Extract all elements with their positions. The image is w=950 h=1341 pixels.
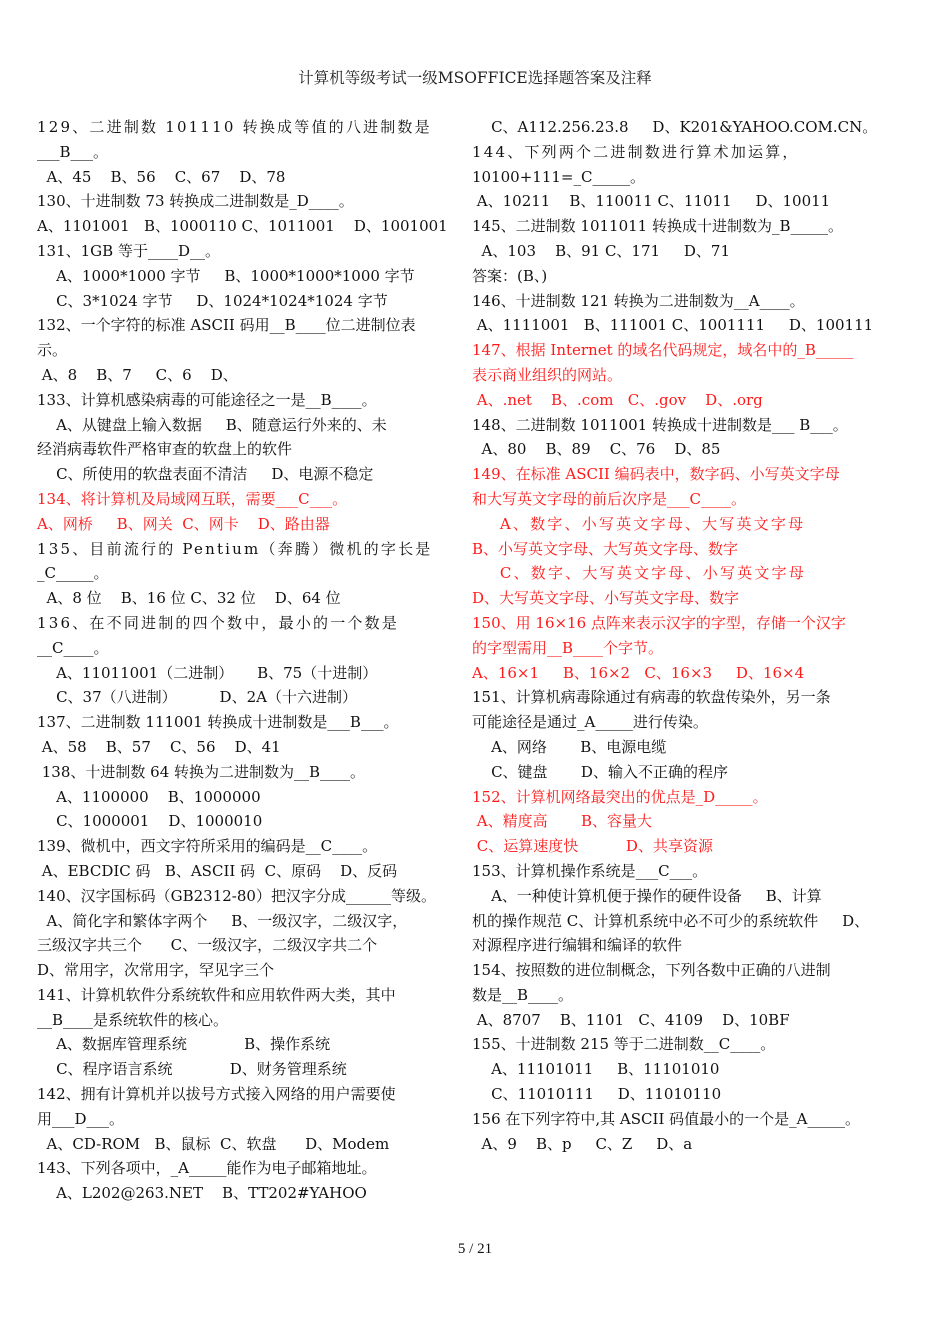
text-line: 153、计算机操作系统是___C___。 [472, 859, 902, 884]
text-line: A、1000*1000 字节 B、1000*1000*1000 字节 [37, 264, 447, 289]
text-line: A、EBCDIC 码 B、ASCII 码 C、原码 D、反码 [37, 859, 447, 884]
text-line: C、运算速度快 D、共享资源 [472, 834, 902, 859]
text-line: 138、十进制数 64 转换为二进制数为__B____。 [37, 760, 447, 785]
text-line: 155、十进制数 215 等于二进制数__C____。 [472, 1032, 902, 1057]
text-line: 154、按照数的进位制概念，下列各数中正确的八进制 [472, 958, 902, 983]
text-line: A、10211 B、110011 C、11011 D、10011 [472, 189, 902, 214]
text-line: ___B___。 [37, 140, 447, 165]
text-line: C、37（八进制） D、2A（十六进制） [37, 685, 447, 710]
text-line: 132、一个字符的标准 ASCII 码用__B____位二进制位表 [37, 313, 447, 338]
text-line: 131、1GB 等于____D__。 [37, 239, 447, 264]
text-line: A、103 B、91 C、171 D、71 [472, 239, 902, 264]
text-line: 136、在不同进制的四个数中，最小的一个数是 [37, 611, 447, 636]
text-line: 145、二进制数 1011011 转换成十进制数为_B_____。 [472, 214, 902, 239]
text-line: C、A112.256.23.8 D、K201&YAHOO.COM.CN。 [472, 115, 902, 140]
text-line: A、1100000 B、1000000 [37, 785, 447, 810]
text-line: __B____是系统软件的核心。 [37, 1008, 447, 1033]
text-line: 134、将计算机及局域网互联，需要___C___。 [37, 487, 447, 512]
text-line: 143、下列各项中，_A_____能作为电子邮箱地址。 [37, 1156, 447, 1181]
text-line: 可能途径是通过_A_____进行传染。 [472, 710, 902, 735]
text-line: 的字型需用__B____个字节。 [472, 636, 902, 661]
text-line: 用___D___。 [37, 1107, 447, 1132]
text-line: A、精度高 B、容量大 [472, 809, 902, 834]
text-line: 130、十进制数 73 转换成二进制数是_D____。 [37, 189, 447, 214]
text-line: A、数据库管理系统 B、操作系统 [37, 1032, 447, 1057]
text-line: C、所使用的软盘表面不清洁 D、电源不稳定 [37, 462, 447, 487]
text-line: 140、汉字国标码（GB2312-80）把汉字分成______等级。 [37, 884, 447, 909]
text-line: C、数字、大写英文字母、小写英文字母 [472, 561, 902, 586]
text-line: C、11010111 D、11010110 [472, 1082, 902, 1107]
text-line: A、11011001（二进制） B、75（十进制） [37, 661, 447, 686]
text-line: 答案：(B、) [472, 264, 902, 289]
text-line: A、9 B、p C、Z D、a [472, 1132, 902, 1157]
text-line: C、1000001 D、1000010 [37, 809, 447, 834]
text-line: A、简化字和繁体字两个 B、一级汉字，二级汉字， [37, 909, 447, 934]
text-line: A、.net B、.com C、.gov D、.org [472, 388, 902, 413]
text-line: A、16×1 B、16×2 C、16×3 D、16×4 [472, 661, 902, 686]
text-line: 机的操作规范 C、计算机系统中必不可少的系统软件 D、 [472, 909, 902, 934]
text-line: A、从键盘上输入数据 B、随意运行外来的、未 [37, 413, 447, 438]
text-line: 135、目前流行的 Pentium（奔腾）微机的字长是 [37, 537, 447, 562]
text-line: 148、二进制数 1011001 转换成十进制数是___ B___。 [472, 413, 902, 438]
text-line: __C____。 [37, 636, 447, 661]
text-line: A、8 位 B、16 位 C、32 位 D、64 位 [37, 586, 447, 611]
text-line: A、11101011 B、11101010 [472, 1057, 902, 1082]
text-line: A、网络 B、电源电缆 [472, 735, 902, 760]
text-line: A、45 B、56 C、67 D、78 [37, 165, 447, 190]
text-line: C、键盘 D、输入不正确的程序 [472, 760, 902, 785]
text-line: _C_____。 [37, 561, 447, 586]
text-line: C、程序语言系统 D、财务管理系统 [37, 1057, 447, 1082]
text-line: A、1101001 B、1000110 C、1011001 D、1001001 [37, 214, 447, 239]
text-line: D、常用字，次常用字，罕见字三个 [37, 958, 447, 983]
right-column: C、A112.256.23.8 D、K201&YAHOO.COM.CN。144、… [472, 115, 902, 1156]
text-line: A、数字、小写英文字母、大写英文字母 [472, 512, 902, 537]
text-line: 141、计算机软件分系统软件和应用软件两大类，其中 [37, 983, 447, 1008]
text-line: A、L202@263.NET B、TT202#YAHOO [37, 1181, 447, 1206]
text-line: 10100+111=_C_____。 [472, 165, 902, 190]
text-line: 156 在下列字符中,其 ASCII 码值最小的一个是_A_____。 [472, 1107, 902, 1132]
text-line: 数是__B____。 [472, 983, 902, 1008]
text-line: 137、二进制数 111001 转换成十进制数是___B___。 [37, 710, 447, 735]
text-line: A、CD-ROM B、鼠标 C、软盘 D、Modem [37, 1132, 447, 1157]
page-title: 计算机等级考试一级MSOFFICE选择题答案及注释 [0, 66, 950, 88]
text-line: A、网桥 B、网关 C、网卡 D、路由器 [37, 512, 447, 537]
text-line: A、58 B、57 C、56 D、41 [37, 735, 447, 760]
text-line: 三级汉字共三个 C、一级汉字，二级汉字共二个 [37, 933, 447, 958]
text-line: A、8707 B、1101 C、4109 D、10BF [472, 1008, 902, 1033]
text-line: D、大写英文字母、小写英文字母、数字 [472, 586, 902, 611]
left-column: 129、二进制数 101110 转换成等值的八进制数是___B___。 A、45… [37, 115, 447, 1206]
text-line: 139、微机中，西文字符所采用的编码是__C____。 [37, 834, 447, 859]
text-line: A、一种使计算机便于操作的硬件设备 B、计算 [472, 884, 902, 909]
text-line: 对源程序进行编辑和编译的软件 [472, 933, 902, 958]
text-line: 147、根据 Internet 的域名代码规定，域名中的_B_____ [472, 338, 902, 363]
text-line: 150、用 16×16 点阵来表示汉字的字型，存储一个汉字 [472, 611, 902, 636]
text-line: C、3*1024 字节 D、1024*1024*1024 字节 [37, 289, 447, 314]
text-line: 144、下列两个二进制数进行算术加运算， [472, 140, 902, 165]
text-line: 142、拥有计算机并以拔号方式接入网络的用户需要使 [37, 1082, 447, 1107]
text-line: 133、计算机感染病毒的可能途径之一是__B____。 [37, 388, 447, 413]
text-line: 示。 [37, 338, 447, 363]
page-number: 5 / 21 [0, 1241, 950, 1258]
text-line: 146、十进制数 121 转换为二进制数为__A____。 [472, 289, 902, 314]
text-line: 经消病毒软件严格审查的软盘上的软件 [37, 437, 447, 462]
text-line: 149、在标准 ASCII 编码表中，数字码、小写英文字母 [472, 462, 902, 487]
text-line: 表示商业组织的网站。 [472, 363, 902, 388]
text-line: 129、二进制数 101110 转换成等值的八进制数是 [37, 115, 447, 140]
text-line: A、1111001 B、111001 C、1001111 D、100111 [472, 313, 902, 338]
text-line: A、80 B、89 C、76 D、85 [472, 437, 902, 462]
text-line: 152、计算机网络最突出的优点是_D_____。 [472, 785, 902, 810]
text-line: 和大写英文字母的前后次序是___C____。 [472, 487, 902, 512]
text-line: A、8 B、7 C、6 D、 [37, 363, 447, 388]
text-line: B、小写英文字母、大写英文字母、数字 [472, 537, 902, 562]
text-line: 151、计算机病毒除通过有病毒的软盘传染外，另一条 [472, 685, 902, 710]
